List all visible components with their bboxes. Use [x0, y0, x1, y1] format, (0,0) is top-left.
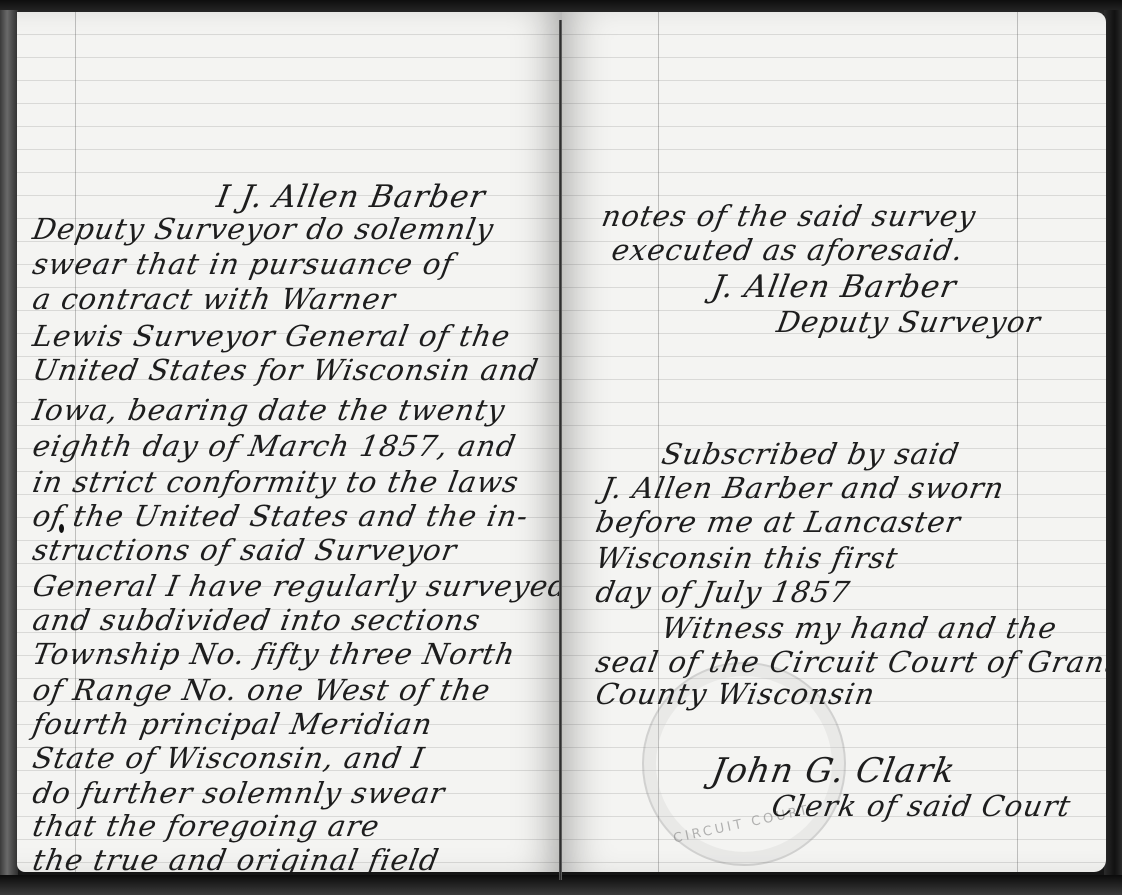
oath-line: do further solemnly swear	[30, 779, 447, 808]
oath-line: eighth day of March 1857, and	[30, 432, 518, 461]
oath-line: the true and original field	[30, 846, 441, 872]
surveyor-title: Deputy Surveyor	[774, 308, 1043, 337]
oath-line: I J. Allen Barber	[214, 182, 488, 213]
oath-line: in strict conformity to the laws	[30, 468, 521, 497]
oath-line: fourth principal Meridian	[30, 710, 434, 739]
clerk-signature: John G. Clark	[709, 754, 958, 788]
oath-line: swear that in pursuance of	[30, 250, 455, 279]
jurat-line: day of July 1857	[593, 578, 852, 607]
oath-line: structions of said Surveyor	[30, 536, 459, 565]
jurat-line: before me at Lancaster	[593, 508, 963, 537]
oath-line: Deputy Surveyor do solemnly	[30, 215, 496, 244]
oath-line: United States for Wisconsin and	[30, 356, 541, 385]
right-page: CIRCUIT COURT notes of the said survey e…	[562, 12, 1106, 872]
oath-line: Iowa, bearing date the twenty	[30, 396, 507, 425]
book-cover-right-edge	[1104, 10, 1122, 885]
book-cover-left-edge	[0, 10, 18, 885]
jurat-line: J. Allen Barber and sworn	[599, 474, 1006, 503]
surveyor-signature: J. Allen Barber	[709, 272, 959, 303]
jurat-line: seal of the Circuit Court of Grant	[593, 648, 1106, 677]
jurat-line: Wisconsin this first	[593, 544, 900, 573]
oath-line: of the United States and the in-	[30, 502, 530, 531]
clerk-title: Clerk of said Court	[769, 792, 1073, 821]
oath-continuation-line: notes of the said survey	[599, 202, 978, 231]
ledger-book: I J. Allen Barber Deputy Surveyor do sol…	[0, 0, 1122, 895]
oath-line: Township No. fifty three North	[30, 640, 517, 669]
oath-line: that the foregoing are	[30, 812, 382, 841]
oath-line: State of Wisconsin, and I	[30, 744, 427, 773]
margin-rule	[1017, 12, 1018, 872]
oath-line: General I have regularly surveyed	[30, 572, 562, 601]
jurat-line: Subscribed by said	[659, 440, 961, 469]
left-page: I J. Allen Barber Deputy Surveyor do sol…	[17, 12, 562, 872]
oath-line: and subdivided into sections	[30, 606, 483, 635]
oath-line: Lewis Surveyor General of the	[30, 322, 512, 351]
jurat-line: Witness my hand and the	[659, 614, 1059, 643]
oath-line: of Range No. one West of the	[30, 676, 492, 705]
oath-line: a contract with Warner	[30, 285, 398, 314]
oath-continuation-line: executed as aforesaid.	[609, 236, 965, 265]
jurat-line: County Wisconsin	[593, 680, 877, 709]
